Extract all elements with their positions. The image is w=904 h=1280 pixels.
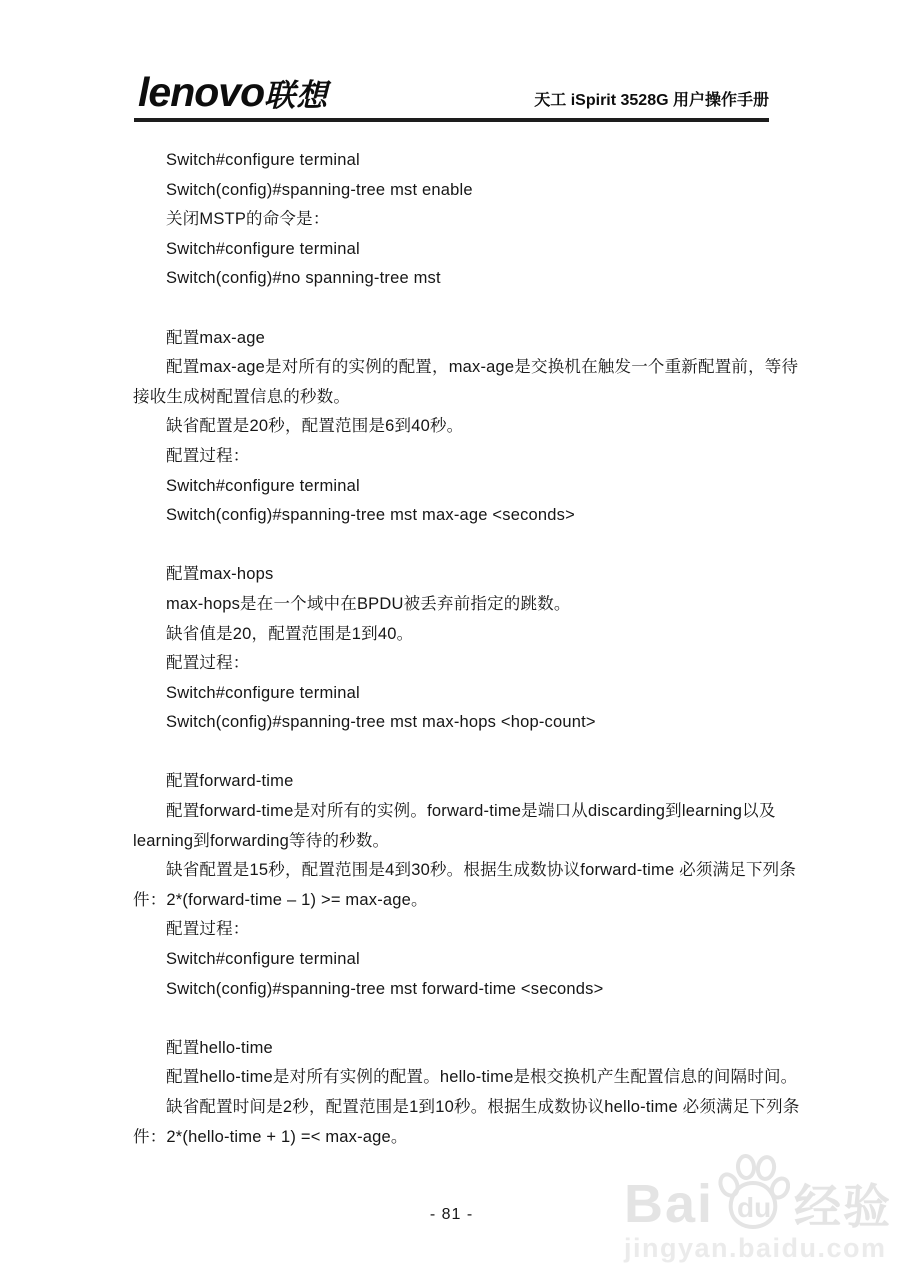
text-line: 接收生成树配置信息的秒数。 (133, 383, 778, 413)
text-line: Switch(config)#no spanning-tree mst (133, 264, 778, 294)
page-number: - 81 - (430, 1206, 473, 1223)
text-line: max-hops是在一个域中在BPDU被丢弃前指定的跳数。 (133, 590, 778, 620)
text-line: 缺省配置时间是2秒，配置范围是1到10秒。根据生成数协议hello-time 必… (133, 1093, 778, 1123)
lenovo-logo-cn: 联想 (264, 78, 328, 113)
document-body: Switch#configure terminal Switch(config)… (133, 146, 778, 1152)
text-line: 配置max-hops (133, 560, 778, 590)
text-line: Switch#configure terminal (133, 945, 778, 975)
text-line: 配置过程： (133, 442, 778, 472)
blank-line (133, 1004, 778, 1034)
text-line: 缺省配置是15秒，配置范围是4到30秒。根据生成数协议forward-time … (133, 856, 778, 886)
manual-page: lenovo联想 天工 iSpirit 3528G 用户操作手册 Switch#… (0, 0, 904, 1280)
lenovo-logo: lenovo联想 (138, 72, 328, 113)
text-line: 配置forward-time (133, 767, 778, 797)
watermark-bai-text: Bai (624, 1179, 714, 1230)
text-line: 配置过程： (133, 649, 778, 679)
baidu-watermark-logo: Bai du 经验 (624, 1154, 892, 1230)
text-line: Switch#configure terminal (133, 472, 778, 502)
text-line: 配置hello-time是对所有实例的配置。hello-time是根交换机产生配… (133, 1063, 778, 1093)
text-line: 缺省配置是20秒，配置范围是6到40秒。 (133, 412, 778, 442)
text-line: Switch(config)#spanning-tree mst max-hop… (133, 708, 778, 738)
text-line: 关闭MSTP的命令是： (133, 205, 778, 235)
text-line: 配置max-age (133, 324, 778, 354)
text-line: 缺省值是20，配置范围是1到40。 (133, 620, 778, 650)
blank-line (133, 294, 778, 324)
text-line: Switch(config)#spanning-tree mst max-age… (133, 501, 778, 531)
watermark-du-text: du (737, 1192, 771, 1224)
text-line: learning到forwarding等待的秒数。 (133, 827, 778, 857)
text-line: 配置max-age是对所有的实例的配置，max-age是交换机在触发一个重新配置… (133, 353, 778, 383)
blank-line (133, 531, 778, 561)
text-line: 件：2*(hello-time + 1) =< max-age。 (133, 1123, 778, 1153)
text-line: 件：2*(forward-time – 1) >= max-age。 (133, 886, 778, 916)
text-line: Switch#configure terminal (133, 235, 778, 265)
lenovo-logo-latin: lenovo (138, 69, 264, 115)
blank-line (133, 738, 778, 768)
document-title: 天工 iSpirit 3528G 用户操作手册 (534, 87, 769, 113)
text-line: 配置过程： (133, 915, 778, 945)
watermark-url: jingyan.baidu.com (624, 1233, 892, 1264)
text-line: Switch#configure terminal (133, 146, 778, 176)
text-line: Switch(config)#spanning-tree mst forward… (133, 975, 778, 1005)
watermark-jingyan-text: 经验 (794, 1183, 892, 1230)
baidu-watermark: Bai du 经验 jingyan.baidu.com (624, 1154, 892, 1264)
text-line: 配置hello-time (133, 1034, 778, 1064)
paw-print-icon: du (716, 1154, 790, 1230)
page-header: lenovo联想 天工 iSpirit 3528G 用户操作手册 (134, 72, 769, 122)
text-line: Switch#configure terminal (133, 679, 778, 709)
text-line: Switch(config)#spanning-tree mst enable (133, 176, 778, 206)
text-line: 配置forward-time是对所有的实例。forward-time是端口从di… (133, 797, 778, 827)
